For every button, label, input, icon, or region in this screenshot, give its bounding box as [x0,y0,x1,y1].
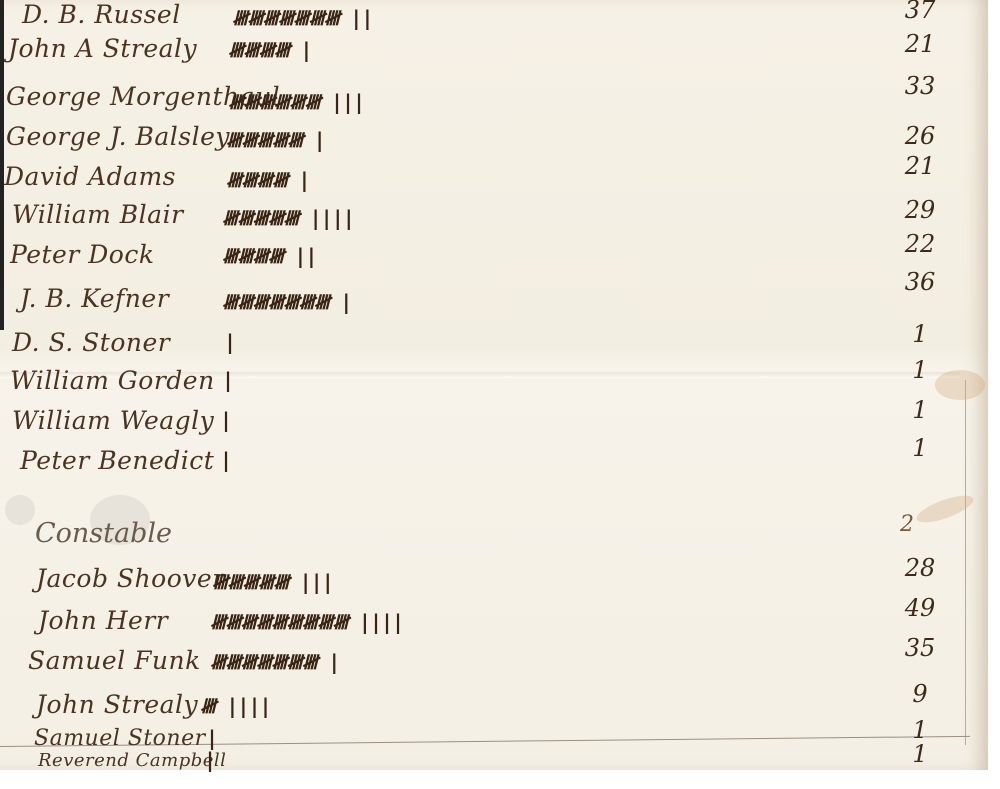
vote-total: 49 [895,594,945,622]
tally-marks: | [220,448,231,472]
vote-total: 21 [895,152,945,180]
tally-row: Reverend Campbell | 1 [0,750,960,789]
vote-total: 37 [895,0,945,24]
vote-total: 9 [895,680,945,708]
tally-row: David Adams 𝍸𝍸𝍸𝍸 | 21 [0,160,960,200]
tally-marks: | [204,748,215,772]
tally-marks: 𝍸𝍸𝍸𝍸𝍸 ||| [212,568,333,602]
section-heading-constable: Constable [35,518,172,549]
tally-marks: | [206,726,217,750]
candidate-name: David Adams [4,162,176,191]
tally-marks: 𝍸𝍸𝍸𝍸𝍸𝍸𝍸𝍸𝍸 |||| [210,608,403,642]
candidate-name: Samuel Stoner [34,726,206,751]
candidate-name: William Weagly [12,406,214,435]
tally-row: John Herr 𝍸𝍸𝍸𝍸𝍸𝍸𝍸𝍸𝍸 |||| 49 [0,602,960,642]
tally-row: George Morgenthaul 𝍸𝍸𝍸𝍸𝍸𝍸 ||| 33 [0,80,960,120]
vote-total: 36 [895,268,945,296]
tally-marks: 𝍸𝍸𝍸𝍸 | [228,36,311,70]
tally-row: John A Strealy 𝍸𝍸𝍸𝍸 | 21 [0,30,960,70]
tally-marks: 𝍸𝍸𝍸𝍸𝍸𝍸𝍸 | [222,288,351,322]
tally-row: J. B. Kefner 𝍸𝍸𝍸𝍸𝍸𝍸𝍸 | 36 [0,282,960,322]
vote-total: 33 [895,72,945,100]
tally-marks: | [222,368,233,392]
tally-row: D. B. Russel 𝍸𝍸𝍸𝍸𝍸𝍸𝍸 || 37 [0,0,960,34]
tally-marks: 𝍸𝍸𝍸𝍸𝍸 | [226,126,325,160]
vote-total: 26 [895,122,945,150]
candidate-name: William Gorden [10,366,215,395]
vote-total: 1 [895,356,945,384]
vote-total: 22 [895,230,945,258]
tally-row: George J. Balsley 𝍸𝍸𝍸𝍸𝍸 | 26 [0,118,960,158]
tally-row: William Gorden | 1 [0,364,960,404]
candidate-name: John A Strealy [8,34,197,63]
tally-row: Peter Dock 𝍸𝍸𝍸𝍸 || 22 [0,236,960,276]
tally-marks: 𝍸𝍸𝍸𝍸𝍸 |||| [222,204,354,238]
smudge [5,495,35,525]
tally-row: Jacob Shoover 𝍸𝍸𝍸𝍸𝍸 ||| 28 [0,562,960,602]
water-stain [914,490,977,527]
candidate-name: George J. Balsley [6,122,230,151]
vote-total: 28 [895,554,945,582]
section-marker: 2 [900,512,914,537]
candidate-name: John Herr [38,606,168,635]
tally-row: Peter Benedict | 1 [0,444,960,484]
vote-total: 21 [895,30,945,58]
tally-row: William Blair 𝍸𝍸𝍸𝍸𝍸 |||| 29 [0,198,960,238]
vote-total: 35 [895,634,945,662]
vote-total: 1 [895,320,945,348]
tally-marks: 𝍸 |||| [200,692,271,726]
candidate-name: D. S. Stoner [12,328,170,357]
vote-total: 1 [895,434,945,462]
candidate-name: Jacob Shoover [36,564,225,593]
tally-row: John Strealy 𝍸 |||| 9 [0,688,960,728]
candidate-name: Peter Dock [10,240,154,269]
tally-marks: 𝍸𝍸𝍸𝍸 | [226,166,309,200]
vote-total: 1 [895,396,945,424]
tally-marks: 𝍸𝍸𝍸𝍸𝍸𝍸𝍸 | [210,648,339,682]
tally-row: D. S. Stoner | 1 [0,326,960,366]
candidate-name: John Strealy [36,690,198,719]
vote-total: 29 [895,196,945,224]
tally-row: Samuel Funk 𝍸𝍸𝍸𝍸𝍸𝍸𝍸 | 35 [0,644,960,684]
candidate-name: J. B. Kefner [20,284,169,313]
candidate-name: Samuel Funk [28,646,201,675]
tally-row: William Weagly | 1 [0,404,960,444]
candidate-name: D. B. Russel [22,0,181,29]
tally-marks: 𝍸𝍸𝍸𝍸𝍸𝍸 ||| [228,88,364,122]
candidate-name: William Blair [12,200,184,229]
tally-marks: | [224,330,235,354]
tally-marks: | [220,408,231,432]
vote-total: 1 [895,740,945,768]
candidate-name: Peter Benedict [20,446,214,475]
margin-rule [965,380,966,745]
tally-marks: 𝍸𝍸𝍸𝍸 || [222,242,316,276]
candidate-name: Reverend Campbell [38,750,226,771]
paper-sheet: D. B. Russel 𝍸𝍸𝍸𝍸𝍸𝍸𝍸 || 37 John A Streal… [0,0,988,770]
